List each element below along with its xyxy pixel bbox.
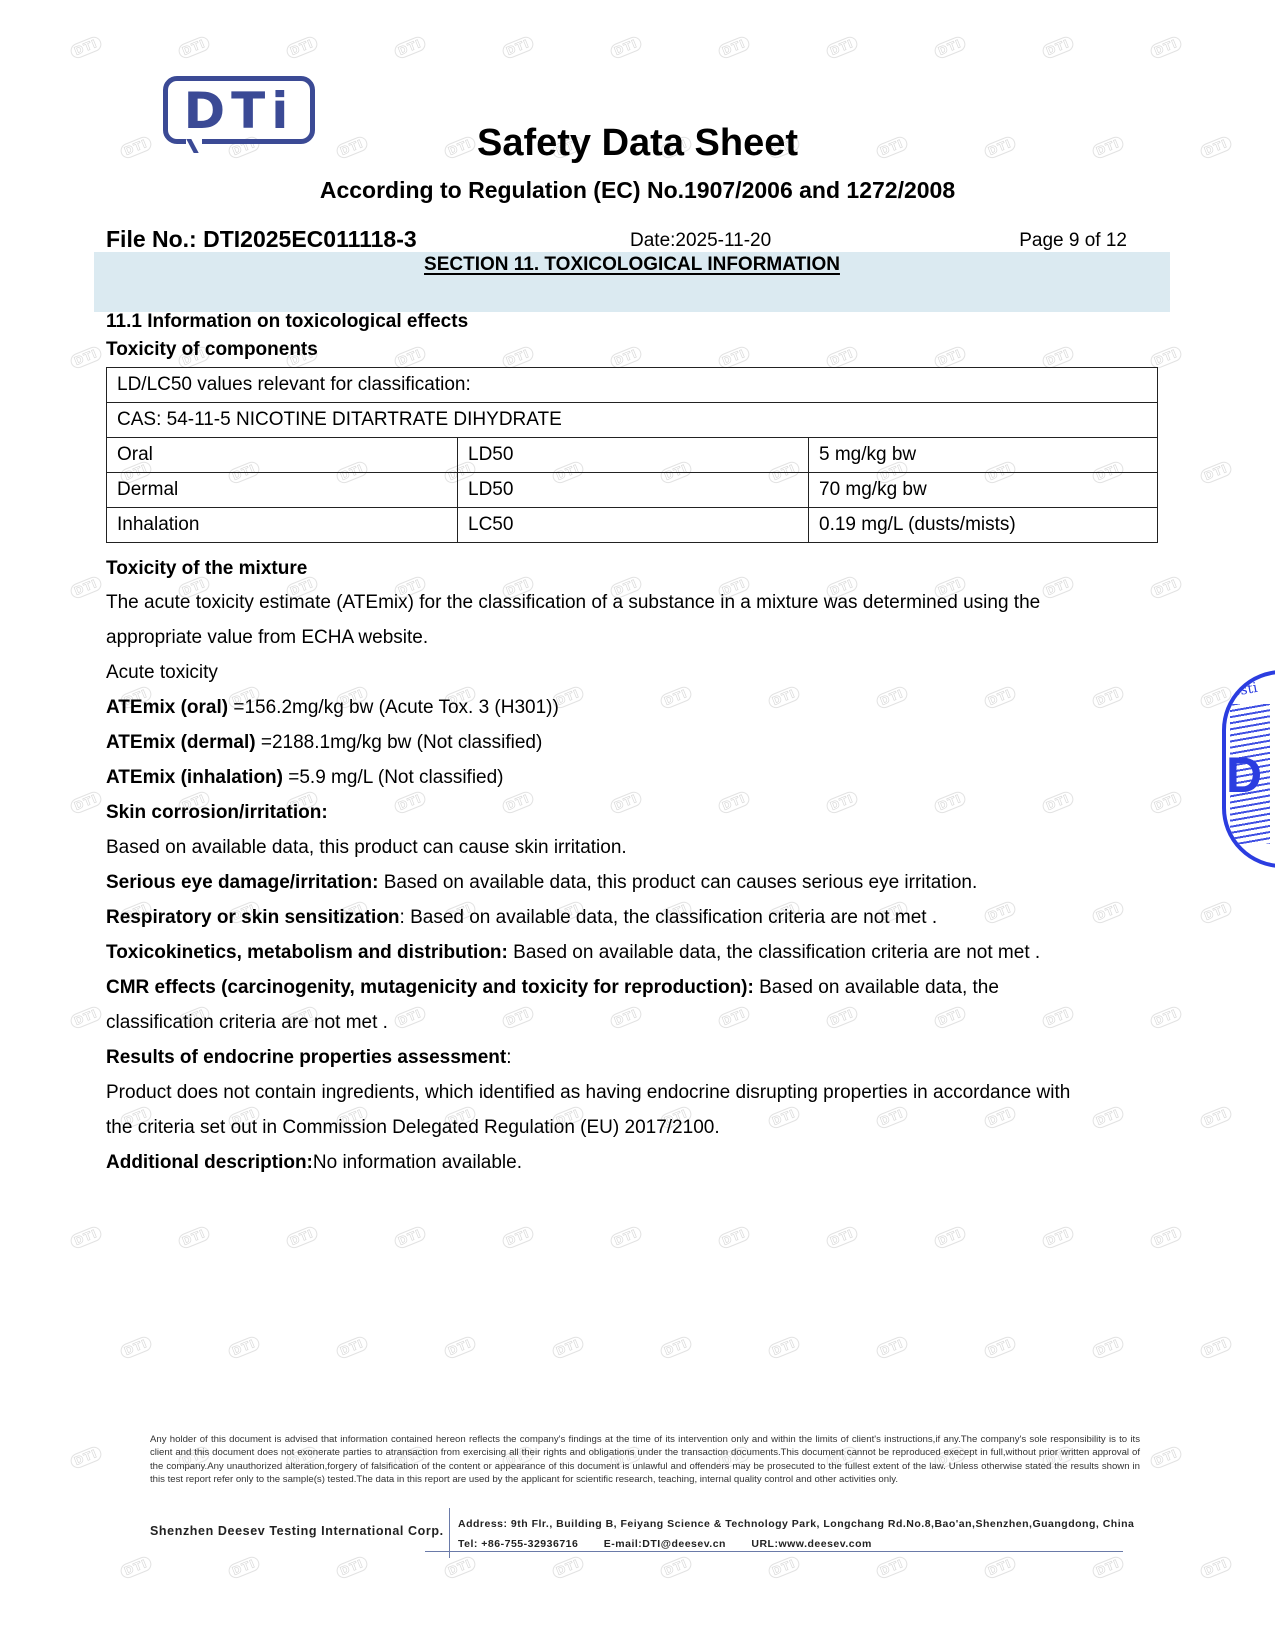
endo-colon: : [506, 1047, 511, 1068]
respiratory-sensitization: Respiratory or skin sensitization: Based… [106, 900, 1166, 935]
type-cell: LD50 [458, 438, 809, 473]
company-stamp: esti D [1222, 670, 1275, 868]
tox-label: Toxicokinetics, metabolism and distribut… [106, 942, 508, 963]
resp-text: : Based on available data, the classific… [400, 907, 938, 928]
section-header-band: SECTION 11. TOXICOLOGICAL INFORMATION [94, 252, 1170, 312]
eye-text: Based on available data, this product ca… [378, 872, 977, 893]
ate-value: =2188.1mg/kg bw (Not classified) [256, 732, 543, 753]
footer-address: Address: 9th Flr., Building B, Feiyang S… [458, 1518, 1134, 1530]
eye-label: Serious eye damage/irritation: [106, 872, 378, 893]
tox-text: Based on available data, the classificat… [508, 942, 1040, 963]
cmr-effects: CMR effects (carcinogenity, mutagenicity… [106, 970, 1166, 1005]
cmr-text: Based on available data, the [754, 977, 999, 998]
eye-damage: Serious eye damage/irritation: Based on … [106, 865, 1166, 900]
stamp-text: esti [1231, 680, 1259, 700]
mixture-intro-line-2: appropriate value from ECHA website. [106, 620, 1166, 655]
value-cell: 70 mg/kg bw [809, 473, 1158, 508]
mixture-intro-line-1: The acute toxicity estimate (ATEmix) for… [106, 585, 1166, 620]
endo-label: Results of endocrine properties assessme… [106, 1047, 506, 1068]
add-label: Additional description: [106, 1152, 313, 1173]
ate-dermal: ATEmix (dermal) =2188.1mg/kg bw (Not cla… [106, 725, 1166, 760]
additional-description: Additional description:No information av… [106, 1145, 1166, 1180]
footer-contacts: Tel: +86-755-32936716 E-mail:DTI@deesev.… [458, 1538, 894, 1550]
table-caption-cell: LD/LC50 values relevant for classificati… [107, 368, 1158, 403]
ate-value: =5.9 mg/L (Not classified) [283, 767, 504, 788]
cmr-label: CMR effects (carcinogenity, mutagenicity… [106, 977, 754, 998]
body-text: Toxicity of the mixture The acute toxici… [106, 553, 1166, 1180]
endocrine-heading: Results of endocrine properties assessme… [106, 1040, 1166, 1075]
table-substance-cell: CAS: 54-11-5 NICOTINE DITARTRATE DIHYDRA… [107, 403, 1158, 438]
footer-tel: Tel: +86-755-32936716 [458, 1538, 578, 1550]
toxicity-table: LD/LC50 values relevant for classificati… [106, 367, 1158, 543]
footer-company-name: Shenzhen Deesev Testing International Co… [150, 1524, 444, 1538]
ate-label: ATEmix (oral) [106, 697, 228, 718]
endocrine-text-1: Product does not contain ingredients, wh… [106, 1075, 1166, 1110]
add-text: No information available. [313, 1152, 522, 1173]
table-row: Inhalation LC50 0.19 mg/L (dusts/mists) [107, 508, 1158, 543]
footer-url[interactable]: URL:www.deesev.com [751, 1538, 871, 1550]
acute-toxicity-label: Acute toxicity [106, 655, 1166, 690]
ate-inhalation: ATEmix (inhalation) =5.9 mg/L (Not class… [106, 760, 1166, 795]
page-number: Page 9 of 12 [1019, 230, 1127, 252]
route-cell: Dermal [107, 473, 458, 508]
file-number: File No.: DTI2025EC011118-3 [106, 226, 417, 253]
toxicokinetics: Toxicokinetics, metabolism and distribut… [106, 935, 1166, 970]
footer-email[interactable]: E-mail:DTI@deesev.cn [604, 1538, 726, 1550]
value-cell: 5 mg/kg bw [809, 438, 1158, 473]
skin-text: Based on available data, this product ca… [106, 830, 1166, 865]
value-cell: 0.19 mg/L (dusts/mists) [809, 508, 1158, 543]
route-cell: Inhalation [107, 508, 458, 543]
document-subtitle: According to Regulation (EC) No.1907/200… [0, 176, 1275, 204]
section-title: SECTION 11. TOXICOLOGICAL INFORMATION [94, 254, 1170, 276]
table-row: Oral LD50 5 mg/kg bw [107, 438, 1158, 473]
ate-label: ATEmix (inhalation) [106, 767, 283, 788]
cmr-text-continued: classification criteria are not met . [106, 1005, 1166, 1040]
document-title: Safety Data Sheet [0, 120, 1275, 166]
type-cell: LD50 [458, 473, 809, 508]
endocrine-text-2: the criteria set out in Commission Deleg… [106, 1110, 1166, 1145]
mixture-heading: Toxicity of the mixture [106, 553, 1166, 585]
skin-heading: Skin corrosion/irritation: [106, 795, 1166, 830]
document-date: Date:2025-11-20 [630, 230, 771, 252]
type-cell: LC50 [458, 508, 809, 543]
components-heading: Toxicity of components [106, 339, 318, 361]
subsection-heading: 11.1 Information on toxicological effect… [106, 311, 468, 333]
document-meta-row: File No.: DTI2025EC011118-3 Date:2025-11… [106, 226, 1126, 254]
table-row: Dermal LD50 70 mg/kg bw [107, 473, 1158, 508]
resp-label: Respiratory or skin sensitization [106, 907, 400, 928]
table-caption-row: LD/LC50 values relevant for classificati… [107, 368, 1158, 403]
ate-label: ATEmix (dermal) [106, 732, 256, 753]
ate-oral: ATEmix (oral) =156.2mg/kg bw (Acute Tox.… [106, 690, 1166, 725]
footer-horizontal-divider [425, 1551, 1123, 1552]
ate-value: =156.2mg/kg bw (Acute Tox. 3 (H301)) [228, 697, 559, 718]
footer-disclaimer: Any holder of this document is advised t… [150, 1433, 1140, 1487]
stamp-logo-icon: D [1226, 746, 1262, 804]
table-substance-row: CAS: 54-11-5 NICOTINE DITARTRATE DIHYDRA… [107, 403, 1158, 438]
route-cell: Oral [107, 438, 458, 473]
